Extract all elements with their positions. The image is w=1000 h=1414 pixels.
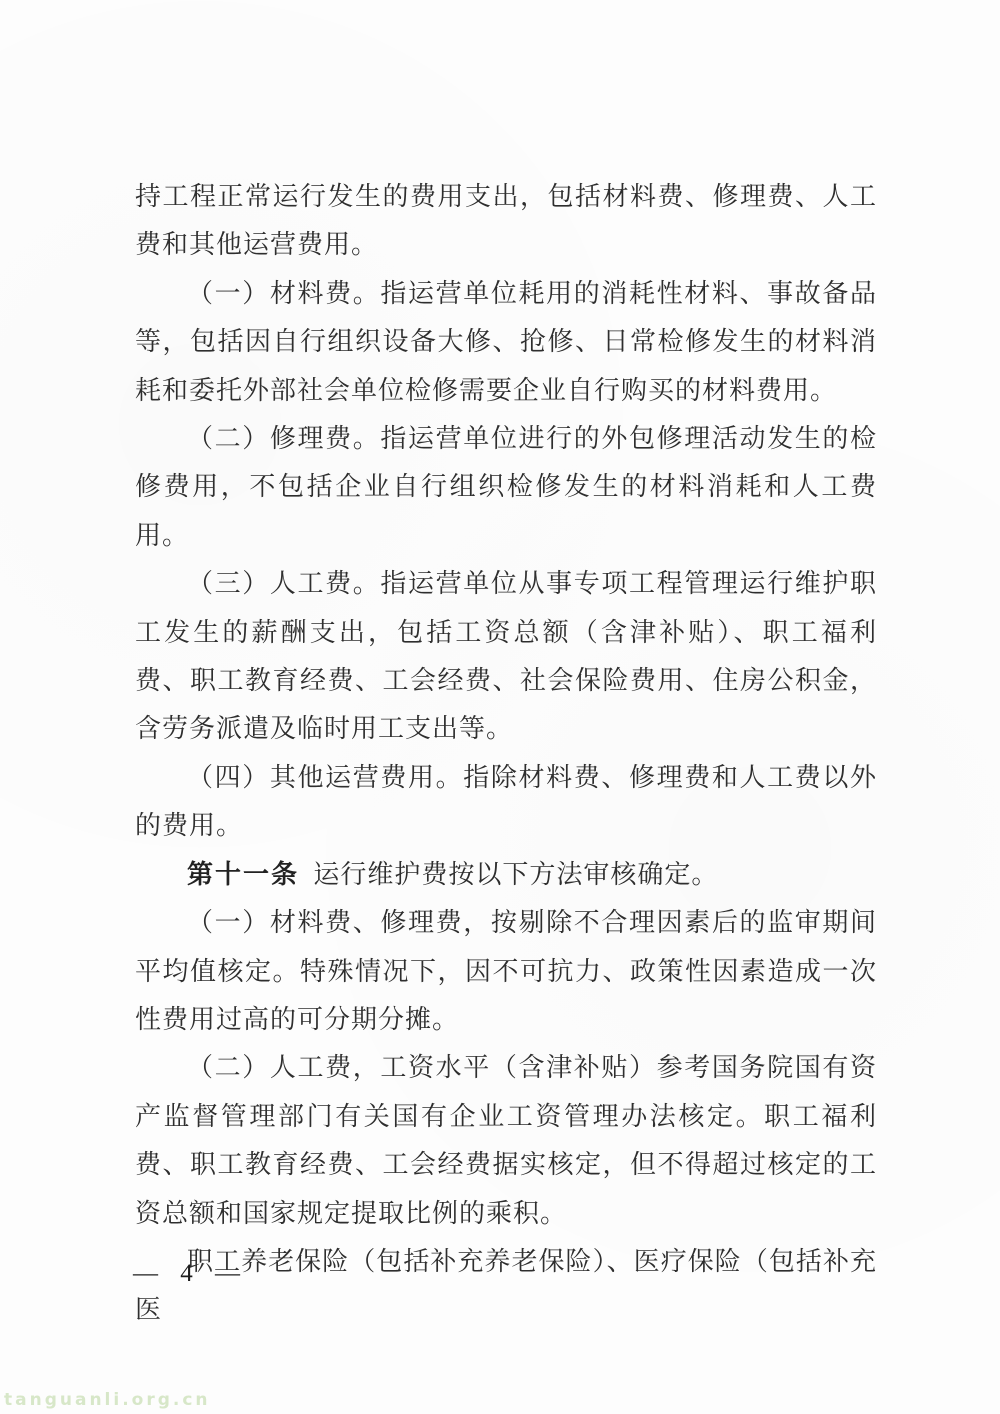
document-page: 持工程正常运行发生的费用支出，包括材料费、修理费、人工费和其他运营费用。 （一）… <box>0 0 1000 1414</box>
paragraph-text: （二）人工费，工资水平（含津补贴）参考国务院国有资产监督管理部门有关国有企业工资… <box>135 1053 877 1227</box>
page-number: — 4 — <box>133 1260 248 1288</box>
paragraph-method-1: （一）材料费、修理费，按剔除不合理因素后的监审期间平均值核定。特殊情况下，因不可… <box>135 899 877 1044</box>
paragraph-item-1-material-fee: （一）材料费。指运营单位耗用的消耗性材料、事故备品等，包括因自行组织设备大修、抢… <box>135 270 877 415</box>
paragraph-item-2-repair-fee: （二）修理费。指运营单位进行的外包修理活动发生的检修费用，不包括企业自行组织检修… <box>135 415 877 560</box>
paragraph-text: （三）人工费。指运营单位从事专项工程管理运行维护职工发生的薪酬支出，包括工资总额… <box>135 569 877 743</box>
paragraph-item-3-labor-fee: （三）人工费。指运营单位从事专项工程管理运行维护职工发生的薪酬支出，包括工资总额… <box>135 560 877 754</box>
paragraph-text: （一）材料费、修理费，按剔除不合理因素后的监审期间平均值核定。特殊情况下，因不可… <box>135 908 877 1034</box>
document-body: 持工程正常运行发生的费用支出，包括材料费、修理费、人工费和其他运营费用。 （一）… <box>135 173 877 1335</box>
article-11-text: 运行维护费按以下方法审核确定。 <box>313 860 718 889</box>
paragraph-text: （一）材料费。指运营单位耗用的消耗性材料、事故备品等，包括因自行组织设备大修、抢… <box>135 279 877 405</box>
paragraph-method-2: （二）人工费，工资水平（含津补贴）参考国务院国有资产监督管理部门有关国有企业工资… <box>135 1044 877 1238</box>
paragraph-item-4-other-fee: （四）其他运营费用。指除材料费、修理费和人工费以外的费用。 <box>135 754 877 851</box>
paragraph-text: （四）其他运营费用。指除材料费、修理费和人工费以外的费用。 <box>135 763 877 840</box>
paragraph-continuation: 持工程正常运行发生的费用支出，包括材料费、修理费、人工费和其他运营费用。 <box>135 173 877 270</box>
site-watermark: tanguanli.org.cn <box>4 1390 211 1410</box>
paragraph-text: 持工程正常运行发生的费用支出，包括材料费、修理费、人工费和其他运营费用。 <box>135 182 877 259</box>
paragraph-text: （二）修理费。指运营单位进行的外包修理活动发生的检修费用，不包括企业自行组织检修… <box>135 424 877 550</box>
article-11-number: 第十一条 <box>187 860 299 889</box>
paragraph-article-11: 第十一条运行维护费按以下方法审核确定。 <box>135 851 877 899</box>
